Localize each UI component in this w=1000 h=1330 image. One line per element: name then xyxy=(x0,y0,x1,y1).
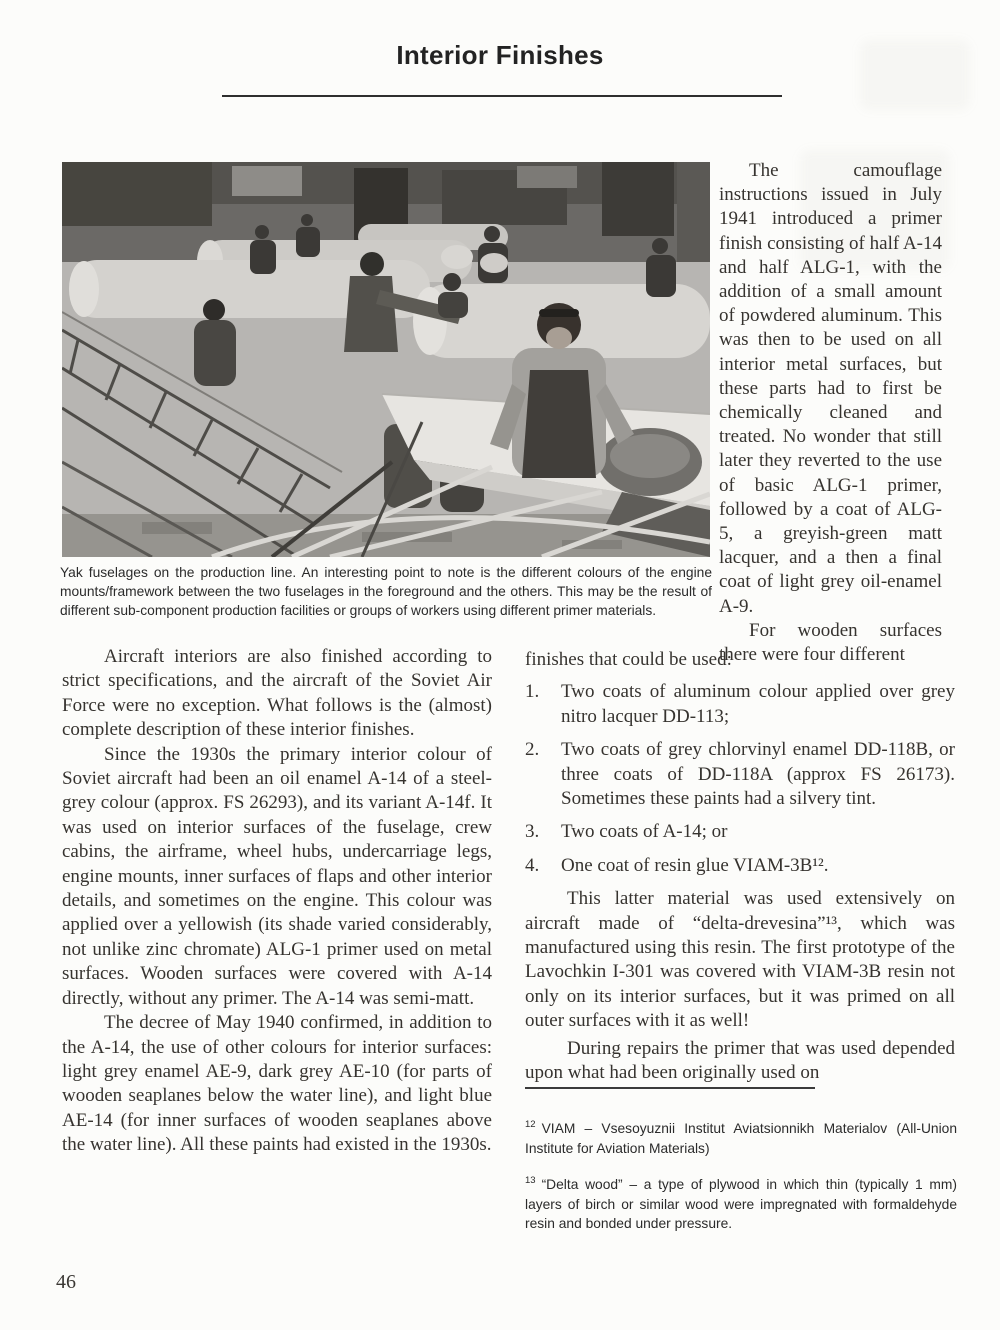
right-column: finishes that could be used: 1. Two coat… xyxy=(525,648,955,1086)
list-item-text: Two coats of grey chlorvinyl enamel DD-1… xyxy=(561,738,955,811)
footnotes: 12VIAM – Vsesoyuznii Institut Aviatsionn… xyxy=(525,1119,957,1251)
scan-artifact xyxy=(860,40,970,110)
list-item-text: One coat of resin glue VIAM-3B¹². xyxy=(561,854,955,878)
list-item-number: 2. xyxy=(525,738,561,811)
footnote: 12VIAM – Vsesoyuznii Institut Aviatsionn… xyxy=(525,1119,957,1158)
page-title: Interior Finishes xyxy=(0,40,1000,71)
photo-caption: Yak fuselages on the production line. An… xyxy=(60,563,712,620)
list-item-text: Two coats of aluminum colour applied ove… xyxy=(561,680,955,729)
numbered-list: 1. Two coats of aluminum colour applied … xyxy=(525,680,955,878)
paragraph: The camouflage instructions issued in Ju… xyxy=(719,159,942,619)
left-column: Aircraft interiors are also finished acc… xyxy=(62,645,492,1158)
footnote-text: VIAM – Vsesoyuznii Institut Aviatsionnik… xyxy=(525,1121,957,1156)
book-page: Interior Finishes xyxy=(0,0,1000,1330)
list-item-text: Two coats of A-14; or xyxy=(561,820,955,844)
list-item-number: 4. xyxy=(525,854,561,878)
footnote-rule xyxy=(525,1087,815,1089)
title-rule xyxy=(222,95,782,97)
footnote-marker: 13 xyxy=(525,1175,536,1186)
list-item: 2. Two coats of grey chlorvinyl enamel D… xyxy=(525,738,955,811)
column-beside-photo: The camouflage instructions issued in Ju… xyxy=(719,159,942,667)
paragraph: This latter material was used extensivel… xyxy=(525,887,955,1033)
production-line-photo xyxy=(62,162,710,557)
list-item: 4. One coat of resin glue VIAM-3B¹². xyxy=(525,854,955,878)
footnote-marker: 12 xyxy=(525,1119,536,1130)
list-item: 1. Two coats of aluminum colour applied … xyxy=(525,680,955,729)
page-number: 46 xyxy=(56,1271,76,1294)
paragraph-continuation: finishes that could be used: xyxy=(525,648,955,672)
footnote-text: “Delta wood” – a type of plywood in whic… xyxy=(525,1177,957,1231)
list-item-number: 3. xyxy=(525,820,561,844)
list-item: 3. Two coats of A-14; or xyxy=(525,820,955,844)
footnote: 13“Delta wood” – a type of plywood in wh… xyxy=(525,1175,957,1234)
list-item-number: 1. xyxy=(525,680,561,729)
paragraph: Aircraft interiors are also finished acc… xyxy=(62,645,492,743)
photo-illustration xyxy=(62,162,710,557)
paragraph: During repairs the primer that was used … xyxy=(525,1037,955,1086)
paragraph: Since the 1930s the primary interior col… xyxy=(62,743,492,1011)
paragraph: The decree of May 1940 confirmed, in add… xyxy=(62,1011,492,1157)
